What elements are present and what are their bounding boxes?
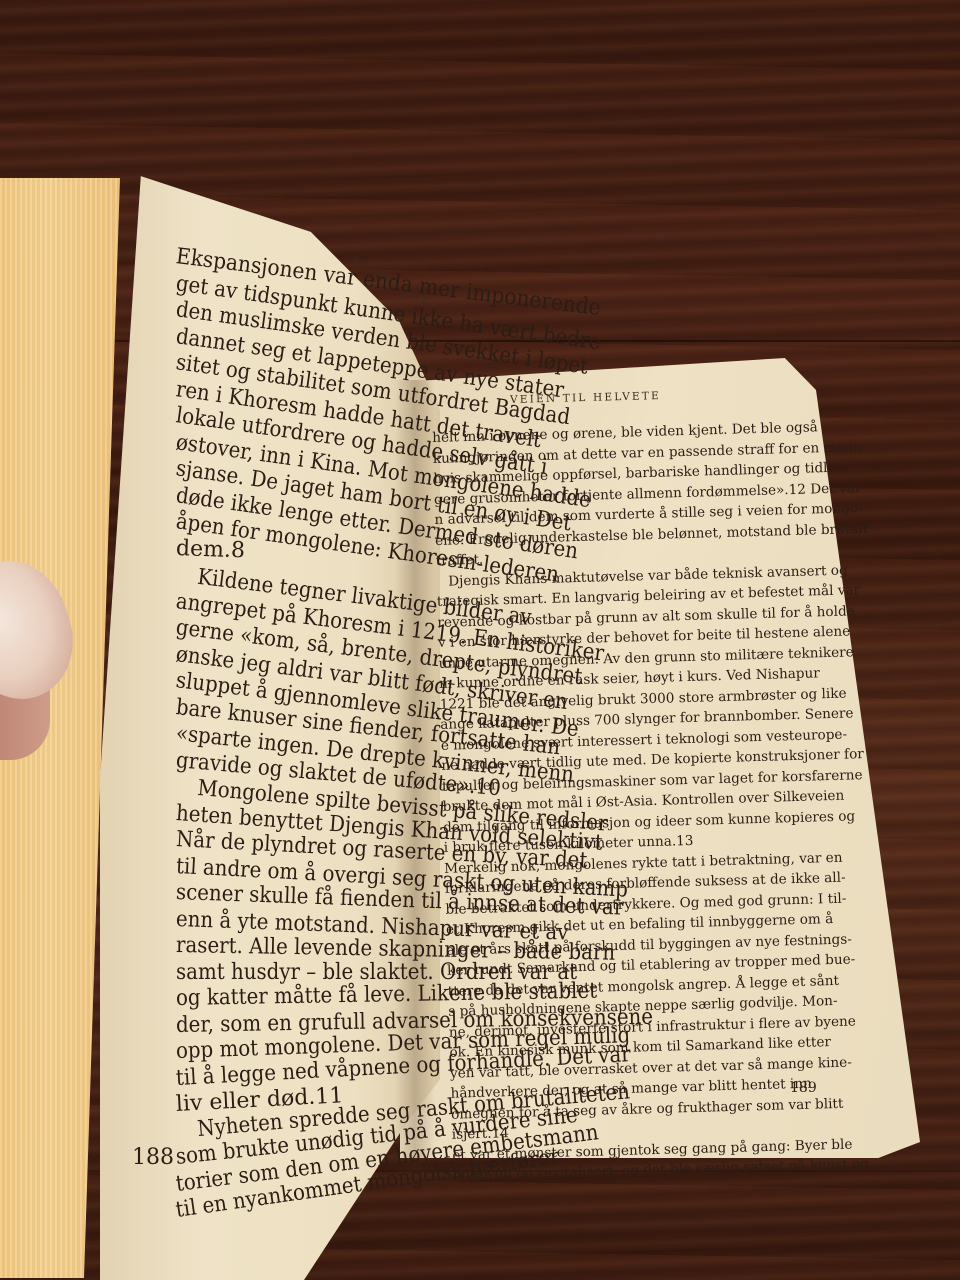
- left-page-body: Ekspansjonen var enda mer imponerende ge…: [176, 244, 706, 1225]
- page-number-right: 189: [790, 1080, 817, 1096]
- page-number-left: 188: [132, 1145, 174, 1170]
